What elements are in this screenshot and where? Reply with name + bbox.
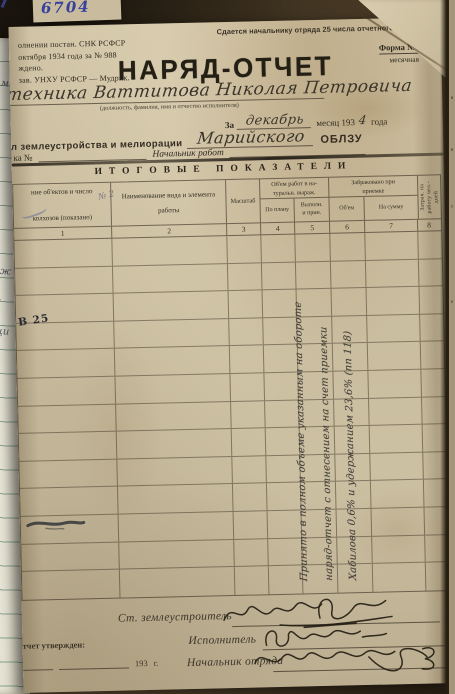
table-cell (296, 261, 332, 288)
header-text: По плану (265, 206, 289, 214)
table-cell (370, 452, 424, 480)
illegible-handwriting-fragment: м (0, 78, 9, 90)
table-cell (268, 538, 303, 565)
illegible-edge-fragment: е (449, 300, 455, 305)
table-cell (300, 454, 336, 481)
illegible-handwriting-fragment: зж (0, 266, 12, 278)
squad-chief-signature (251, 639, 447, 683)
header-text: ние об'ектов и число (15, 187, 108, 197)
approval-date-line: 193 г. (23, 658, 159, 671)
header-text: туральн. выраж. (273, 189, 316, 197)
table-cell (333, 343, 369, 370)
col-done-header: Выполн. и прин. (294, 198, 329, 222)
header-text: работы (114, 205, 224, 215)
photo-of-document: м зж и щи е в олнении постан. СНК РСФСР … (0, 0, 455, 694)
table-cell (232, 428, 267, 455)
table-cell (332, 288, 368, 315)
table-cell (371, 480, 425, 508)
ink-smudge (26, 515, 86, 532)
table-cell (333, 371, 369, 398)
col-work-kind-header: Наименование вида и элемента работы (111, 180, 227, 226)
table-cell (337, 509, 373, 536)
header-text: Об'ем работ в на- (271, 180, 317, 188)
table-cell (420, 286, 443, 313)
table-cell (419, 259, 442, 286)
table-cell (370, 425, 424, 453)
table-cell (118, 484, 234, 513)
table-cell (299, 399, 335, 426)
column-number: 6 (330, 221, 365, 233)
table-cell (300, 427, 336, 454)
table-cell (265, 400, 300, 427)
table-cell (338, 564, 374, 592)
table-cell (302, 537, 338, 564)
table-cell (335, 426, 371, 453)
table-cell (269, 566, 304, 594)
illegible-handwriting-fragment: и (0, 296, 2, 307)
table-cell (262, 262, 297, 289)
illegible-edge-fragment: т (449, 205, 455, 210)
table-cell (368, 370, 422, 398)
table-cell (22, 570, 121, 600)
table-cell (297, 289, 333, 316)
column-number: 8 (418, 219, 440, 230)
table-cell (365, 232, 419, 260)
group-subheaders: Об'ем На сумму (329, 196, 417, 221)
table-cell (266, 455, 301, 482)
col-objects-header: ние об'ектов и число колхозов (показано) (13, 183, 112, 228)
table-cell (261, 235, 296, 262)
table-cell (301, 482, 337, 509)
executor-label: Исполнитель (188, 634, 256, 648)
table-cell (116, 402, 232, 431)
table-cell (372, 535, 426, 563)
table-cell (230, 373, 265, 400)
header-text: и прин. (302, 209, 321, 217)
header-text: приемке (362, 188, 384, 195)
table-cell (17, 349, 116, 378)
table-cell (302, 510, 338, 537)
table-cell (17, 377, 116, 406)
table-cell (113, 264, 229, 293)
header-text: Масштаб (231, 197, 256, 205)
next-page-edge: в н т е (449, 0, 455, 694)
table-cell (330, 233, 366, 260)
totals-table: ние об'ектов и число колхозов (показано)… (12, 174, 450, 600)
illegible-edge-fragment: в (449, 96, 455, 101)
group-subheaders: По плану Выполн. и прин. (260, 198, 329, 223)
department-oblzu: ОБЛЗУ (320, 133, 362, 146)
table-cell (268, 510, 303, 537)
table-cell (235, 566, 270, 594)
table-cell (267, 483, 302, 510)
table-cell (303, 565, 339, 593)
col-volume-group-header: Об'ем работ в на- туральн. выраж. По пла… (260, 178, 330, 223)
column-number: 1 (14, 227, 112, 240)
table-cell (234, 539, 269, 566)
naryad-otchet-form: олнении постан. СНК РСФСР октября 1934 г… (9, 17, 455, 693)
illegible-edge-fragment: н (449, 148, 455, 153)
column-number: 3 (227, 223, 261, 235)
book-number-prefix: ка № (13, 152, 32, 162)
table-cell (264, 345, 299, 372)
table-cell (229, 318, 264, 345)
table-cell (21, 542, 120, 571)
table-cell (234, 511, 269, 538)
table-cell (295, 234, 331, 261)
table-cell (332, 316, 368, 343)
paper-scrap: 6704 (33, 0, 122, 23)
table-cell (19, 432, 118, 461)
header-text: Забраковано при (351, 178, 395, 186)
table-cell (334, 398, 370, 425)
table-cell (335, 454, 371, 481)
year-suffix: г. (154, 658, 159, 668)
table-cell (367, 315, 421, 343)
table-cell (18, 404, 117, 433)
table-cell (367, 287, 421, 315)
table-cell (115, 374, 231, 403)
table-cell (119, 512, 235, 541)
table-cell (233, 484, 268, 511)
table-cell (298, 344, 334, 371)
table-cell (228, 263, 263, 290)
column-number: 4 (261, 223, 295, 235)
table-cell (117, 429, 233, 458)
col-plan-header: По плану (260, 199, 295, 223)
year-prefix: 193 (135, 658, 148, 668)
table-cell (373, 563, 427, 592)
header-text: На сумму (379, 204, 404, 212)
period-suffix: года (371, 116, 388, 126)
col-rej-volume-header: Об'ем (329, 197, 365, 221)
table-cell (372, 508, 426, 536)
table-cell (119, 540, 235, 569)
group-header: Об'ем работ в на- туральн. выраж. (260, 178, 328, 200)
table-cell (230, 346, 265, 373)
table-cell (115, 346, 231, 375)
table-cell (112, 236, 228, 265)
header-text: Об'ем (339, 205, 354, 213)
table-cell (227, 235, 262, 262)
table-cell (297, 316, 333, 343)
col-mandays-header: Затрач. на работу чел.-дней (418, 175, 441, 218)
column-number: 7 (365, 220, 418, 232)
table-cell (369, 397, 423, 425)
table-cell (14, 239, 113, 268)
table-cell (366, 259, 420, 287)
table-cell (232, 456, 267, 483)
header-text-vertical: Затрач. на работу чел.-дней (418, 175, 440, 218)
table-cell (114, 291, 230, 320)
table-cell (120, 567, 236, 597)
table-cell (331, 261, 367, 288)
table-cell (336, 481, 372, 508)
table-cell (20, 487, 119, 516)
table-cell (229, 290, 264, 317)
col-scale-header: Масштаб (226, 179, 261, 223)
table-cell (264, 372, 299, 399)
table-cell (298, 372, 334, 399)
illegible-handwriting-fragment: щи (0, 326, 10, 338)
senior-surveyor-label: Ст. землеустроитель (118, 610, 232, 625)
blue-ink-fragment (1, 0, 18, 12)
col-rejected-group-header: Забраковано при приемке Об'ем На сумму (329, 176, 419, 221)
table-cell (368, 342, 422, 370)
table-cell (231, 401, 266, 428)
col-rej-sum-header: На сумму (364, 196, 418, 220)
table-cell (266, 428, 301, 455)
blank-line (23, 660, 53, 671)
table-cell (19, 459, 118, 488)
table-cell (418, 231, 441, 258)
table-body (14, 231, 449, 599)
inventory-number-handwritten: 6704 (41, 0, 91, 17)
group-header: Забраковано при приемке (329, 176, 417, 198)
table-cell (15, 266, 114, 295)
table-cell (117, 457, 233, 486)
table-cell (263, 290, 298, 317)
table-cell (263, 317, 298, 344)
report-approved-label: тчет утвержден: (22, 639, 85, 650)
column-number: 5 (295, 222, 330, 234)
table-cell (337, 536, 373, 563)
header-text: Наименование вида и элемента (113, 190, 223, 200)
blank-line (59, 658, 129, 670)
table-cell (114, 319, 230, 348)
